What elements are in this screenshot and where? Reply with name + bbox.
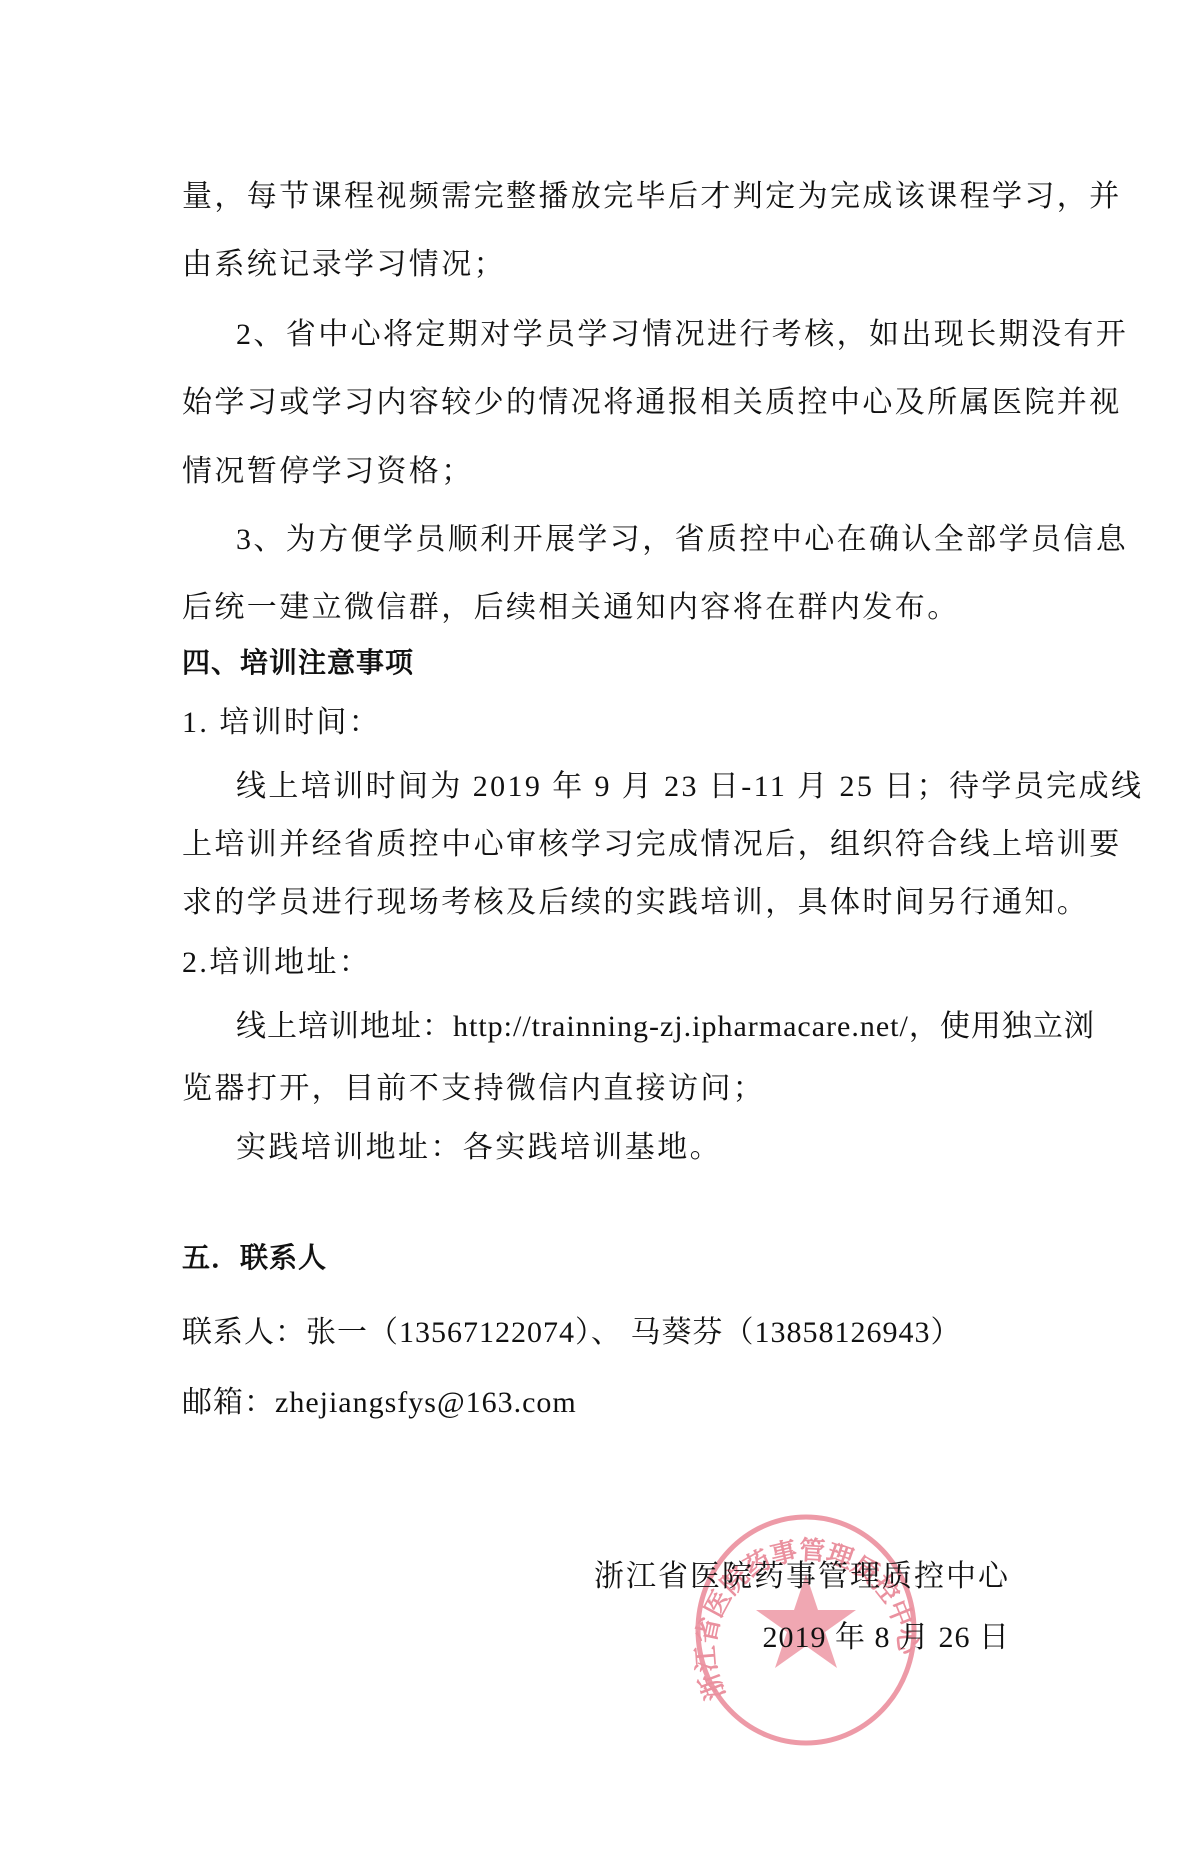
- online-training-url-line: 线上培训地址：http://trainning-zj.ipharmacare.n…: [236, 1009, 1095, 1045]
- paragraph-line: 3、为方便学员顺利开展学习，省质控中心在确认全部学员信息: [236, 522, 1128, 558]
- training-time-label: 1. 培训时间：: [182, 705, 381, 741]
- paragraph-line: 情况暂停学习资格；: [182, 454, 474, 490]
- email-line: 邮箱：zhejiangsfys@163.com: [182, 1385, 577, 1421]
- paragraph-line: 始学习或学习内容较少的情况将通报相关质控中心及所属医院并视: [182, 385, 1122, 421]
- signature-organization: 浙江省医院药事管理质控中心: [594, 1559, 1010, 1595]
- signature-date: 2019 年 8 月 26 日: [763, 1620, 1011, 1656]
- paragraph-line: 线上培训时间为 2019 年 9 月 23 日-11 月 25 日；待学员完成线: [236, 769, 1143, 805]
- section-heading-training-notes: 四、培训注意事项: [182, 645, 414, 681]
- contacts-line: 联系人：张一（13567122074）、 马葵芬（13858126943）: [182, 1315, 962, 1351]
- paragraph-line: 由系统记录学习情况；: [182, 247, 506, 283]
- paragraph-line: 上培训并经省质控中心审核学习完成情况后，组织符合线上培训要: [182, 827, 1122, 863]
- paragraph-line: 求的学员进行现场考核及后续的实践培训，具体时间另行通知。: [182, 885, 1089, 921]
- training-address-label: 2.培训地址：: [182, 945, 371, 981]
- paragraph-line: 后统一建立微信群，后续相关通知内容将在群内发布。: [182, 590, 960, 626]
- practice-address-line: 实践培训地址：各实践培训基地。: [236, 1130, 722, 1166]
- paragraph-line: 量，每节课程视频需完整播放完毕后才判定为完成该课程学习，并: [182, 179, 1122, 215]
- paragraph-line: 2、省中心将定期对学员学习情况进行考核，如出现长期没有开: [236, 317, 1128, 353]
- section-heading-contacts: 五．联系人: [182, 1240, 327, 1276]
- paragraph-line: 览器打开，目前不支持微信内直接访问；: [182, 1071, 765, 1107]
